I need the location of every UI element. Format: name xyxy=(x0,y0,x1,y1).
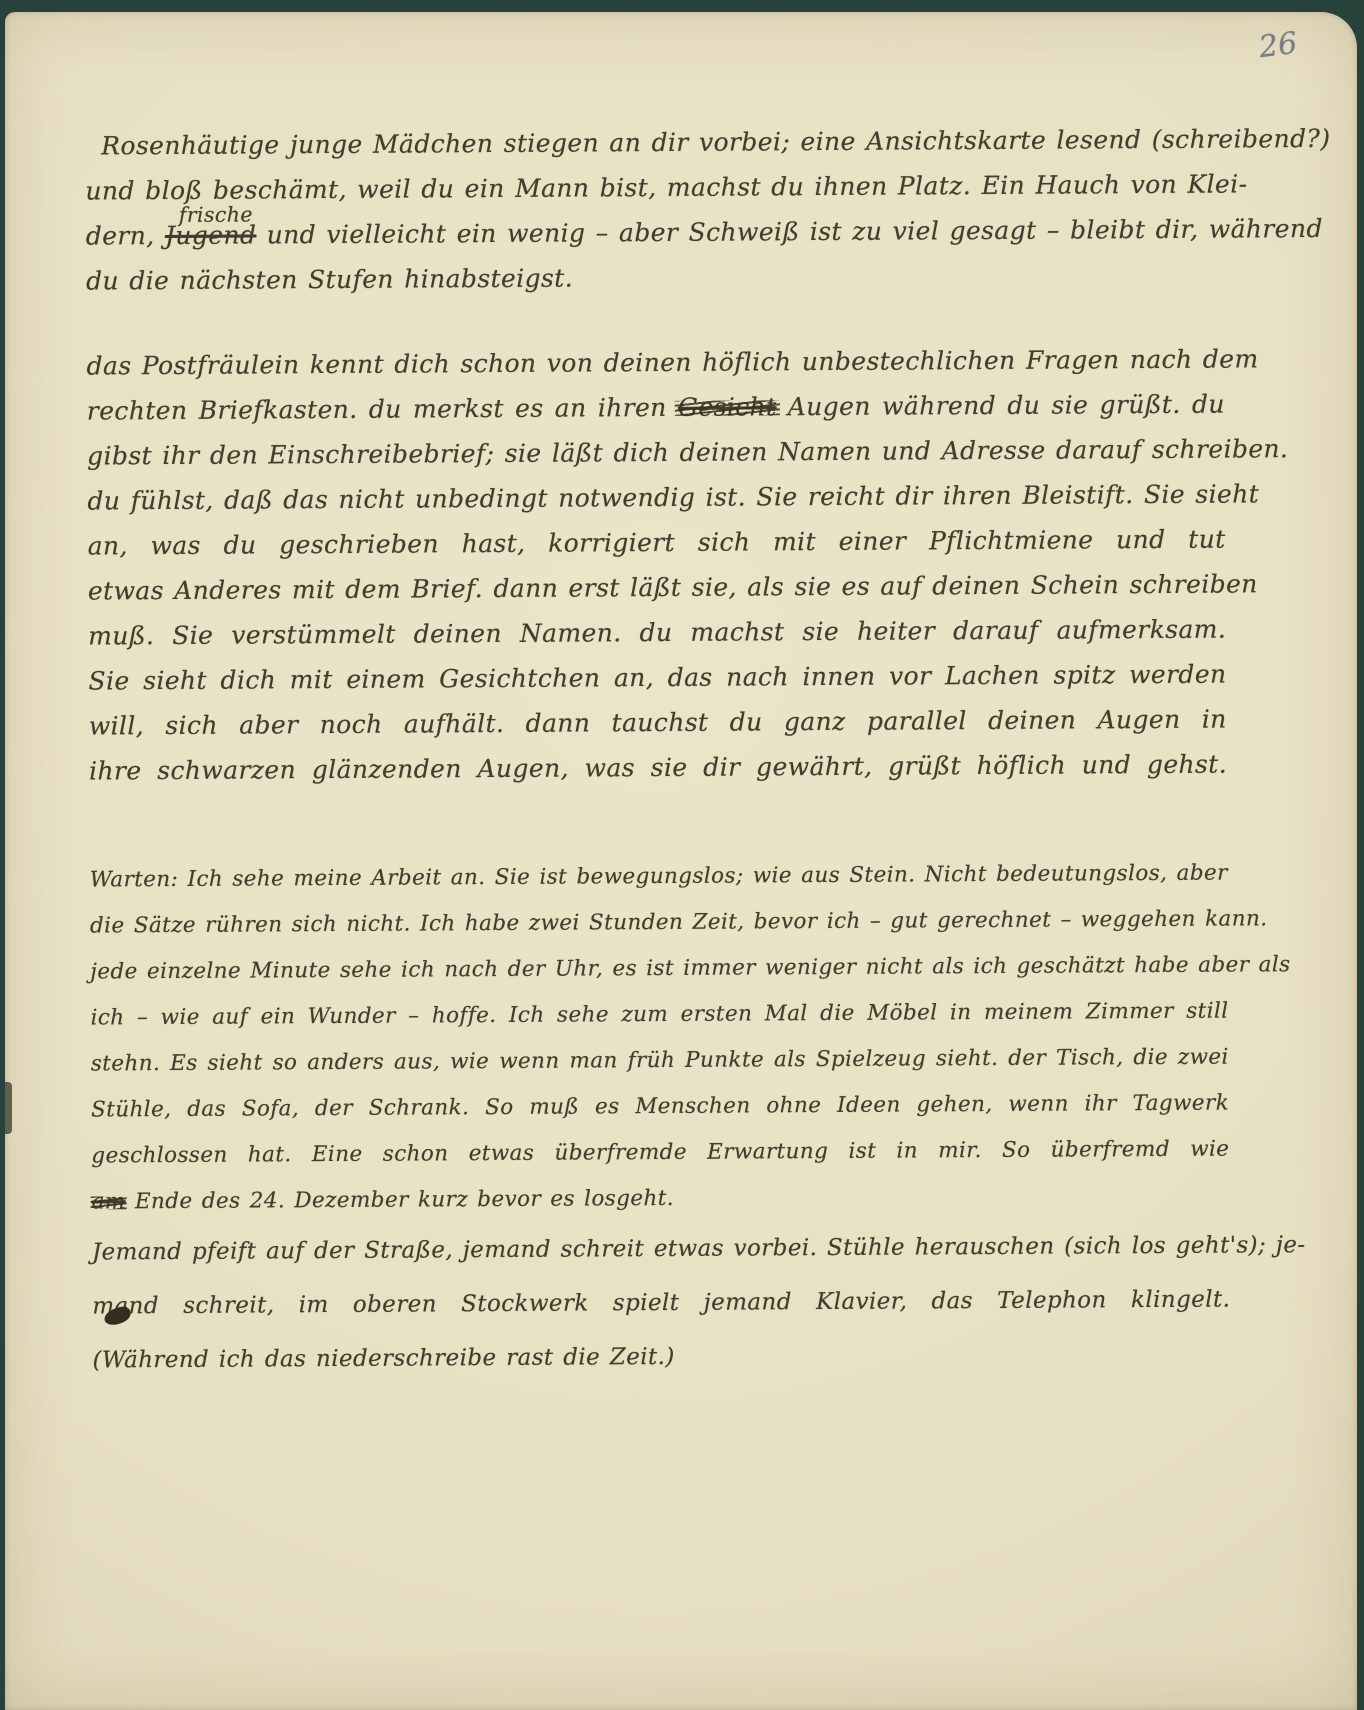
handwriting-segment: du die nächsten Stufen hinabsteigst. xyxy=(86,264,573,296)
manuscript-line: und bloß beschämt, weil du ein Mann bist… xyxy=(85,170,1223,222)
handwriting-segment: Rosenhäutige junge Mädchen stiegen an di… xyxy=(101,124,1330,161)
manuscript-line: Sie sieht dich mit einem Gesichtchen an,… xyxy=(88,660,1226,712)
handwriting-segment: will, sich aber noch aufhält. dann tauch… xyxy=(89,705,1227,741)
page-number: 26 xyxy=(1257,26,1299,65)
manuscript-line: die Sätze rühren sich nicht. Ich habe zw… xyxy=(90,907,1228,960)
manuscript-line: mand schreit, im oberen Stockwerk spielt… xyxy=(92,1287,1230,1348)
paragraph-4: Jemand pfeift auf der Straße, jemand sch… xyxy=(92,1233,1231,1402)
manuscript-line: rechten Briefkasten. du merkst es an ihr… xyxy=(87,390,1225,442)
manuscript-line: will, sich aber noch aufhält. dann tauch… xyxy=(89,705,1227,757)
handwriting-segment: gibst ihr den Einschreibebrief; sie läßt… xyxy=(87,434,1288,470)
manuscript-text: Rosenhäutige junge Mädchen stiegen an di… xyxy=(85,125,1231,1402)
inserted-word-above: frische xyxy=(179,203,253,227)
page-edge-notch xyxy=(5,1082,12,1134)
manuscript-line: Stühle, das Sofa, der Schrank. So muß es… xyxy=(91,1091,1229,1144)
handwriting-segment: rechten Briefkasten. du merkst es an ihr… xyxy=(87,393,678,426)
handwriting-segment: und vielleicht ein wenig – aber Schweiß … xyxy=(256,214,1323,250)
handwriting-segment: Ende des 24. Dezember kurz bevor es losg… xyxy=(126,1186,674,1214)
manuscript-line: (Während ich das niederschreibe rast die… xyxy=(93,1341,1231,1402)
manuscript-line: du fühlst, daß das nicht unbedingt notwe… xyxy=(87,480,1225,532)
manuscript-line: stehn. Es sieht so anders aus, wie wenn … xyxy=(91,1045,1229,1098)
handwriting-segment: dern, xyxy=(86,221,165,250)
handwriting-segment: und bloß beschämt, weil du ein Mann bist… xyxy=(85,169,1247,205)
manuscript-line: dern, Jugendfrische und vielleicht ein w… xyxy=(86,215,1224,267)
manuscript-line: geschlossen hat. Eine schon etwas überfr… xyxy=(91,1137,1229,1190)
manuscript-page: 26 Rosenhäutige junge Mädchen stiegen an… xyxy=(5,12,1357,1710)
handwriting-segment: du fühlst, daß das nicht unbedingt notwe… xyxy=(87,479,1259,515)
correction-group: Jugendfrische xyxy=(165,220,257,250)
manuscript-line: Warten: Ich sehe meine Arbeit an. Sie is… xyxy=(90,861,1228,914)
handwriting-segment: etwas Anderes mit dem Brief. dann erst l… xyxy=(88,569,1258,605)
handwriting-segment: ihre schwarzen glänzenden Augen, was sie… xyxy=(89,750,1227,786)
handwriting-segment: Jemand pfeift auf der Straße, jemand sch… xyxy=(92,1232,1306,1265)
handwriting-segment: an, was du geschrieben hast, korrigiert … xyxy=(88,525,1226,561)
handwriting-segment: Warten: Ich sehe meine Arbeit an. Sie is… xyxy=(90,861,1228,893)
manuscript-line: ihre schwarzen glänzenden Augen, was sie… xyxy=(89,750,1227,802)
manuscript-line: am Ende des 24. Dezember kurz bevor es l… xyxy=(92,1183,1230,1236)
handwriting-segment: mand schreit, im oberen Stockwerk spielt… xyxy=(92,1287,1230,1320)
handwriting-segment: das Postfräulein kennt dich schon von de… xyxy=(86,344,1258,380)
manuscript-line: an, was du geschrieben hast, korrigiert … xyxy=(88,525,1226,577)
manuscript-line: du die nächsten Stufen hinabsteigst. xyxy=(86,260,1224,312)
manuscript-line: Jemand pfeift auf der Straße, jemand sch… xyxy=(92,1233,1230,1294)
desk-background: { "page": { "number": "26" }, "colors": … xyxy=(0,0,1364,1710)
manuscript-line: etwas Anderes mit dem Brief. dann erst l… xyxy=(88,570,1226,622)
manuscript-line: ich – wie auf ein Wunder – hoffe. Ich se… xyxy=(90,999,1228,1052)
handwriting-segment: Sie sieht dich mit einem Gesichtchen an,… xyxy=(88,660,1226,696)
manuscript-line: jede einzelne Minute sehe ich nach der U… xyxy=(90,953,1228,1006)
manuscript-line: muß. Sie verstümmelt deinen Namen. du ma… xyxy=(88,615,1226,667)
paragraph-3: Warten: Ich sehe meine Arbeit an. Sie is… xyxy=(90,861,1230,1236)
manuscript-line: das Postfräulein kennt dich schon von de… xyxy=(86,345,1224,397)
paragraph-1: Rosenhäutige junge Mädchen stiegen an di… xyxy=(85,125,1224,312)
handwriting-segment: Augen während du sie grüßt. du xyxy=(776,390,1224,422)
manuscript-line: Rosenhäutige junge Mädchen stiegen an di… xyxy=(85,125,1223,177)
handwriting-segment: (Während ich das niederschreibe rast die… xyxy=(93,1344,675,1374)
handwriting-segment: muß. Sie verstümmelt deinen Namen. du ma… xyxy=(88,615,1226,651)
paragraph-2: das Postfräulein kennt dich schon von de… xyxy=(86,345,1227,802)
crossed-out-word: am xyxy=(92,1189,126,1214)
manuscript-line: gibst ihr den Einschreibebrief; sie läßt… xyxy=(87,435,1225,487)
crossed-out-word: Gesicht xyxy=(678,392,777,422)
